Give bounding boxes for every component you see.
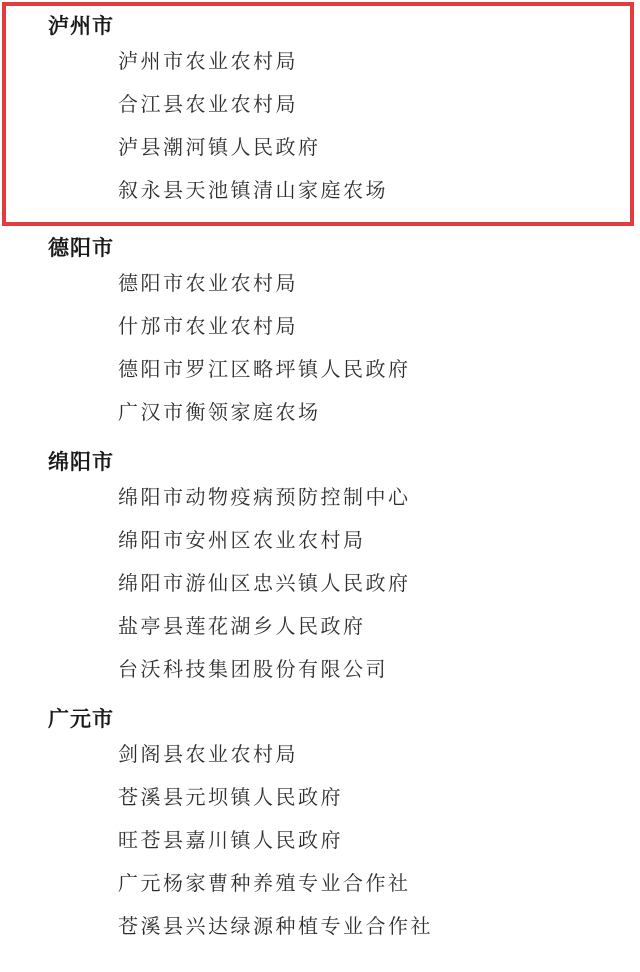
org-item: 德阳市罗江区略坪镇人民政府 — [118, 349, 640, 392]
org-item: 合江县农业农村局 — [118, 84, 630, 127]
org-item: 苍溪县元坝镇人民政府 — [118, 777, 640, 820]
city-header-guangyuan: 广元市 — [0, 706, 640, 734]
city-section-mianyang: 绵阳市 绵阳市动物疫病预防控制中心 绵阳市安州区农业农村局 绵阳市游仙区忠兴镇人… — [0, 449, 640, 692]
org-item: 叙永县天池镇清山家庭农场 — [118, 170, 630, 213]
org-item: 台沃科技集团股份有限公司 — [118, 649, 640, 692]
org-item: 什邡市农业农村局 — [118, 306, 640, 349]
document-page: 泸州市 泸州市农业农村局 合江县农业农村局 泸县潮河镇人民政府 叙永县天池镇清山… — [0, 0, 640, 972]
org-item: 旺苍县嘉川镇人民政府 — [118, 820, 640, 863]
org-list-guangyuan: 剑阁县农业农村局 苍溪县元坝镇人民政府 旺苍县嘉川镇人民政府 广元杨家曹种养殖专… — [0, 734, 640, 949]
org-item: 绵阳市游仙区忠兴镇人民政府 — [118, 563, 640, 606]
org-list-luzhou: 泸州市农业农村局 合江县农业农村局 泸县潮河镇人民政府 叙永县天池镇清山家庭农场 — [6, 41, 630, 213]
org-item: 德阳市农业农村局 — [118, 263, 640, 306]
city-header-luzhou: 泸州市 — [6, 13, 630, 41]
org-item: 泸县潮河镇人民政府 — [118, 127, 630, 170]
org-item: 绵阳市动物疫病预防控制中心 — [118, 477, 640, 520]
org-item: 泸州市农业农村局 — [118, 41, 630, 84]
city-header-deyang: 德阳市 — [0, 235, 640, 263]
city-section-deyang: 德阳市 德阳市农业农村局 什邡市农业农村局 德阳市罗江区略坪镇人民政府 广汉市衡… — [0, 235, 640, 435]
org-item: 剑阁县农业农村局 — [118, 734, 640, 777]
org-item: 绵阳市安州区农业农村局 — [118, 520, 640, 563]
city-section-guangyuan: 广元市 剑阁县农业农村局 苍溪县元坝镇人民政府 旺苍县嘉川镇人民政府 广元杨家曹… — [0, 706, 640, 949]
org-item: 广汉市衡领家庭农场 — [118, 392, 640, 435]
city-section-luzhou-highlight-box: 泸州市 泸州市农业农村局 合江县农业农村局 泸县潮河镇人民政府 叙永县天池镇清山… — [2, 2, 634, 226]
city-header-mianyang: 绵阳市 — [0, 449, 640, 477]
org-item: 苍溪县兴达绿源种植专业合作社 — [118, 906, 640, 949]
org-list-deyang: 德阳市农业农村局 什邡市农业农村局 德阳市罗江区略坪镇人民政府 广汉市衡领家庭农… — [0, 263, 640, 435]
org-item: 广元杨家曹种养殖专业合作社 — [118, 863, 640, 906]
org-list-mianyang: 绵阳市动物疫病预防控制中心 绵阳市安州区农业农村局 绵阳市游仙区忠兴镇人民政府 … — [0, 477, 640, 692]
org-item: 盐亭县莲花湖乡人民政府 — [118, 606, 640, 649]
